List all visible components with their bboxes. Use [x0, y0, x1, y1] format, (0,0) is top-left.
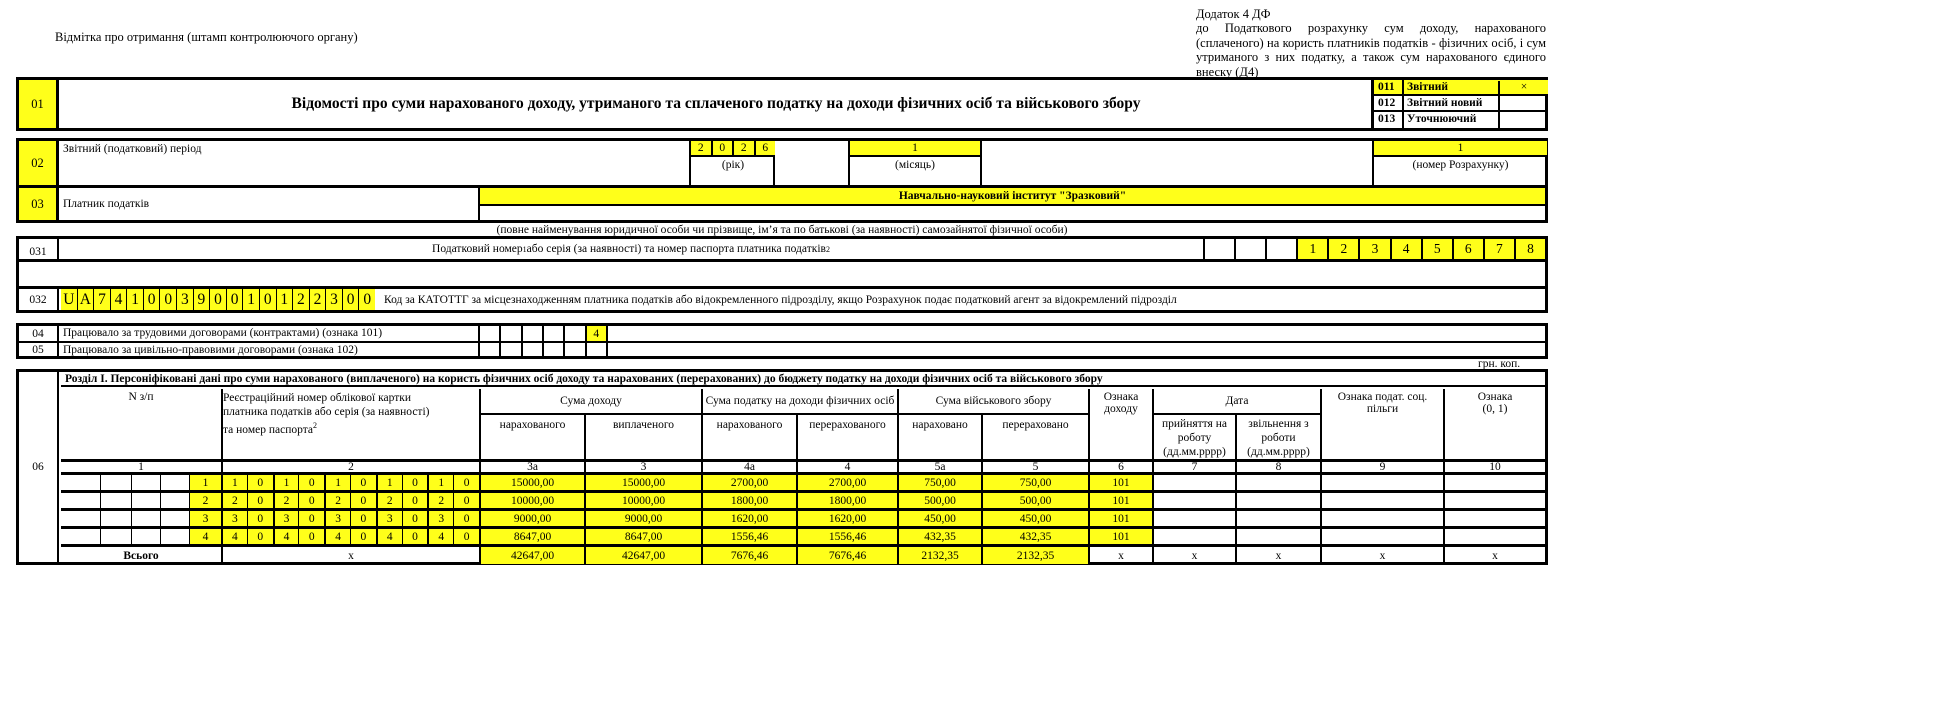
column-number: 8 [1235, 459, 1320, 475]
payer-name[interactable]: Навчально-науковий інститут "Зразковий" [478, 188, 1545, 206]
income-paid-value[interactable]: 15000,00 [584, 475, 701, 493]
num-box[interactable] [131, 493, 160, 511]
sign-01-value[interactable] [1443, 529, 1545, 547]
report-type-mark[interactable]: × [1498, 81, 1548, 96]
divider [1402, 112, 1404, 128]
row05-digit-box[interactable] [542, 343, 563, 356]
row04-digit-box[interactable] [563, 326, 584, 341]
benefit-sign-value[interactable] [1320, 475, 1443, 493]
report-type-mark[interactable] [1498, 112, 1548, 128]
column-number: 6 [1088, 459, 1152, 475]
katottg-digit-box[interactable]: 9 [193, 289, 210, 310]
reg-digit[interactable]: 0 [350, 493, 376, 511]
reg-digit[interactable]: 0 [247, 529, 273, 547]
fire-date-value[interactable] [1235, 475, 1320, 493]
column-number: 7 [1152, 459, 1235, 475]
header-income-paid: виплаченого [584, 415, 701, 459]
total-label: Всього [61, 547, 221, 564]
sign-01-value[interactable] [1443, 511, 1545, 529]
reg-digit[interactable]: 3 [427, 511, 453, 529]
calc-number-block: 1 (номер Розрахунку) [1372, 141, 1545, 185]
num-box[interactable] [160, 529, 189, 547]
tax-digit-box[interactable] [1234, 239, 1265, 259]
katottg-digit-box[interactable]: 1 [276, 289, 293, 310]
row-031-code: 031 [19, 239, 59, 259]
katottg-digit-box[interactable]: 4 [110, 289, 127, 310]
reg-digit[interactable]: 4 [324, 529, 350, 547]
income-accrued-value[interactable]: 9000,00 [479, 511, 584, 529]
reg-digit[interactable]: 3 [376, 511, 402, 529]
tax-digit-box[interactable]: 1 [1296, 239, 1327, 259]
column-number: 2 [221, 459, 479, 475]
fire-date-value[interactable] [1235, 511, 1320, 529]
row-03-code: 03 [19, 188, 59, 220]
row05-digit-box[interactable] [563, 343, 584, 356]
tax-digit-box[interactable]: 8 [1514, 239, 1545, 259]
year-caption: (рік) [691, 157, 775, 173]
blank-row [16, 262, 1548, 286]
reg-digit[interactable]: 1 [427, 475, 453, 493]
reg-digit[interactable]: 2 [273, 493, 299, 511]
reg-digit[interactable]: 0 [298, 529, 324, 547]
reg-digit[interactable]: 4 [376, 529, 402, 547]
year-digits: 2026 [691, 141, 775, 157]
form-title: Відомості про суми нарахованого доходу, … [62, 80, 1370, 128]
tax-digit-box[interactable]: 2 [1327, 239, 1358, 259]
row05-digit-box[interactable] [585, 343, 606, 356]
row04-digit-box[interactable] [542, 326, 563, 341]
report-type-mark[interactable] [1498, 96, 1548, 110]
row-number: 1 [189, 475, 221, 493]
tax-digit-box[interactable]: 7 [1483, 239, 1514, 259]
income-accrued-value[interactable]: 8647,00 [479, 529, 584, 547]
tax-number-label: Податковий номер1 або серія (за наявност… [61, 239, 1201, 259]
total-value: x [1088, 547, 1152, 564]
appendix-title: Додаток 4 ДФ [1196, 7, 1271, 22]
income-sign-value[interactable]: 101 [1088, 493, 1152, 511]
katottg-digit-box[interactable]: 0 [358, 289, 375, 310]
num-box[interactable] [131, 529, 160, 547]
total-value: x [1235, 547, 1320, 564]
military-transferred-value[interactable]: 432,35 [981, 529, 1088, 547]
row-02 [16, 138, 1548, 188]
military-header: Сума військового збору [897, 389, 1088, 415]
year-digit-box[interactable]: 0 [711, 141, 733, 155]
report-type-013[interactable]: 013 Уточнюючий [1374, 112, 1548, 128]
stamp-label: Відмітка про отримання (штамп контролююч… [55, 30, 358, 45]
tax-number-digits: 12345678 [1203, 239, 1545, 259]
pdfo-transferred-value[interactable]: 1620,00 [796, 511, 897, 529]
header-pdfo-accrued: нарахованого [701, 415, 796, 459]
katottg-digit-box[interactable]: 1 [126, 289, 143, 310]
income-accrued-value[interactable]: 15000,00 [479, 475, 584, 493]
column-number: 5 [981, 459, 1088, 475]
num-box[interactable] [100, 529, 131, 547]
tax-digit-box[interactable] [1203, 239, 1234, 259]
header-benefit-sign: Ознака подат. соц. пільги [1320, 389, 1443, 459]
tax-digit-box[interactable]: 5 [1421, 239, 1452, 259]
military-transferred-value[interactable]: 750,00 [981, 475, 1088, 493]
reg-digit[interactable]: 0 [247, 475, 273, 493]
reg-digit[interactable]: 2 [221, 493, 247, 511]
row05-digit-box[interactable] [480, 343, 499, 356]
reg-digit[interactable]: 0 [402, 493, 428, 511]
reg-digit[interactable]: 0 [402, 475, 428, 493]
katottg-digit-box[interactable]: 7 [93, 289, 110, 310]
header-income-accrued: нарахованого [479, 415, 584, 459]
column-number: 10 [1443, 459, 1545, 475]
reg-digit[interactable]: 4 [221, 529, 247, 547]
row05-digit-box[interactable] [521, 343, 542, 356]
reg-digit[interactable]: 2 [376, 493, 402, 511]
income-paid-value[interactable]: 10000,00 [584, 493, 701, 511]
tax-digit-box[interactable]: 6 [1452, 239, 1483, 259]
reg-digit[interactable]: 0 [453, 475, 479, 493]
column-number: 4а [701, 459, 796, 475]
payer-label: Платник податків [63, 198, 149, 210]
row-05-label: Працювало за цивільно-правовими договора… [63, 344, 358, 356]
header-reg-number: Реєстраційний номер облікової карткиплат… [221, 389, 479, 459]
pdfo-accrued-value[interactable]: 1620,00 [701, 511, 796, 529]
hire-date-value[interactable] [1152, 511, 1235, 529]
reg-digit[interactable]: 0 [247, 493, 273, 511]
num-box[interactable] [61, 529, 100, 547]
reg-digit[interactable]: 3 [273, 511, 299, 529]
pdfo-transferred-value[interactable]: 1556,46 [796, 529, 897, 547]
num-box[interactable] [100, 475, 131, 493]
row-06-code: 06 [19, 372, 59, 562]
katottg-digit-box[interactable]: 0 [226, 289, 243, 310]
header-income-sign: Ознака доходу [1088, 389, 1152, 459]
calc-number-value[interactable]: 1 [1374, 141, 1547, 157]
katottg-digit-box[interactable]: 3 [176, 289, 193, 310]
total-value: 2132,35 [897, 547, 981, 564]
divider [1402, 80, 1404, 96]
reg-digit[interactable]: 1 [376, 475, 402, 493]
divider [478, 206, 480, 220]
header-num: N з/п [61, 389, 221, 459]
reg-digit[interactable]: 1 [221, 475, 247, 493]
row-number: 4 [189, 529, 221, 547]
military-accrued-value[interactable]: 432,35 [897, 529, 981, 547]
header-line: та номер паспорта2 [223, 419, 317, 437]
month-block: 1 (місяць) [848, 141, 982, 185]
section-1-table: N з/пРеєстраційний номер облікової картк… [61, 389, 1545, 562]
reg-digit[interactable]: 0 [298, 511, 324, 529]
num-box[interactable] [131, 511, 160, 529]
row-number: 3 [189, 511, 221, 529]
header-pdfo-transferred: перерахованого [796, 415, 897, 459]
benefit-sign-value[interactable] [1320, 511, 1443, 529]
row04-digit-box[interactable] [480, 326, 499, 341]
katottg-digit-box[interactable]: 1 [242, 289, 259, 310]
katottg-code[interactable]: UA74100390010122300 [61, 289, 375, 310]
year-digit-box[interactable]: 2 [732, 141, 754, 155]
num-box[interactable] [160, 511, 189, 529]
total-value: 7676,46 [796, 547, 897, 564]
header-line: Реєстраційний номер облікової картки [223, 391, 411, 405]
benefit-sign-value[interactable] [1320, 529, 1443, 547]
num-box[interactable] [160, 475, 189, 493]
katottg-digit-box[interactable]: 3 [325, 289, 342, 310]
column-number: 1 [61, 459, 221, 475]
pdfo-transferred-value[interactable]: 1800,00 [796, 493, 897, 511]
reg-digit[interactable]: 0 [453, 511, 479, 529]
total-value: 42647,00 [479, 547, 584, 564]
num-box[interactable] [61, 475, 100, 493]
row04-digit-box[interactable] [521, 326, 542, 341]
military-accrued-value[interactable]: 450,00 [897, 511, 981, 529]
report-type-011[interactable]: 011 Звітний × [1374, 80, 1548, 96]
income-sign-value[interactable]: 101 [1088, 511, 1152, 529]
reg-digit[interactable]: 0 [453, 529, 479, 547]
reg-digit[interactable]: 4 [427, 529, 453, 547]
total-value: x [1152, 547, 1235, 564]
divider [19, 341, 1545, 343]
pdfo-accrued-value[interactable]: 1800,00 [701, 493, 796, 511]
payer-caption: (повне найменування юридичної особи чи п… [16, 223, 1548, 237]
row-02-code: 02 [19, 141, 59, 185]
column-number: 9 [1320, 459, 1443, 475]
header-line: платника податків або серія (за наявност… [223, 405, 429, 419]
num-box[interactable] [100, 493, 131, 511]
katottg-digit-box[interactable]: U [61, 289, 77, 310]
pdfo-accrued-value[interactable]: 1556,46 [701, 529, 796, 547]
reg-digit[interactable]: 2 [324, 493, 350, 511]
katottg-digit-box[interactable]: 0 [259, 289, 276, 310]
katottg-digit-box[interactable]: A [77, 289, 94, 310]
num-box[interactable] [131, 475, 160, 493]
reg-digit[interactable]: 0 [298, 475, 324, 493]
katottg-digit-box[interactable]: 0 [209, 289, 226, 310]
reg-digit[interactable]: 0 [350, 511, 376, 529]
header-date-fire: звільнення з роботи (дд.мм.рррр) [1235, 415, 1320, 459]
reg-digit[interactable]: 3 [221, 511, 247, 529]
pdfo-accrued-value[interactable]: 2700,00 [701, 475, 796, 493]
row-032-code: 032 [19, 289, 59, 310]
num-box[interactable] [61, 493, 100, 511]
row04-digit-box[interactable] [499, 326, 520, 341]
report-type-label: Звітний новий [1407, 97, 1482, 109]
benefit-sign-value[interactable] [1320, 493, 1443, 511]
calc-number-caption: (номер Розрахунку) [1374, 157, 1547, 173]
footnote-ref: 2 [313, 421, 317, 430]
reg-digit[interactable]: 1 [324, 475, 350, 493]
military-accrued-value[interactable]: 750,00 [897, 475, 981, 493]
header-military-transferred: перераховано [981, 415, 1088, 459]
header-military-accrued: нараховано [897, 415, 981, 459]
label-part: або серія (за наявності) та номер паспор… [527, 243, 826, 255]
column-number: 4 [796, 459, 897, 475]
row-04-label: Працювало за трудовими договорами (контр… [63, 327, 382, 339]
divider [1402, 96, 1404, 110]
period-label: Звітний (податковий) період [63, 143, 202, 155]
row-number: 2 [189, 493, 221, 511]
year-digit-box[interactable]: 2 [691, 141, 711, 155]
reg-digit[interactable]: 0 [298, 493, 324, 511]
tax-digit-box[interactable] [1265, 239, 1296, 259]
report-type-label: Звітний [1407, 81, 1448, 93]
hire-date-value[interactable] [1152, 529, 1235, 547]
num-box[interactable] [61, 511, 100, 529]
section-1-title: Розділ І. Персоніфіковані дані про суми … [61, 372, 1545, 387]
column-number: 5а [897, 459, 981, 475]
num-box[interactable] [160, 493, 189, 511]
katottg-digit-box[interactable]: 0 [159, 289, 176, 310]
reg-digit[interactable]: 2 [427, 493, 453, 511]
report-type-012[interactable]: 012 Звітний новий [1374, 96, 1548, 112]
tax-digit-box[interactable]: 4 [1390, 239, 1421, 259]
row-01-code: 01 [19, 80, 59, 128]
label-part: Податковий номер [432, 243, 523, 255]
hire-date-value[interactable] [1152, 493, 1235, 511]
year-digit-box[interactable]: 6 [754, 141, 776, 155]
income-sign-value[interactable]: 101 [1088, 529, 1152, 547]
reg-digit[interactable]: 0 [402, 529, 428, 547]
katottg-label: Код за КАТОТТГ за місцезнаходженням плат… [380, 289, 1177, 310]
reg-digit[interactable]: 0 [402, 511, 428, 529]
total-reg: x [221, 547, 479, 564]
katottg-digit-box[interactable]: 0 [342, 289, 359, 310]
year-block: 2026 (рік) [689, 141, 775, 185]
reg-digit[interactable]: 0 [247, 511, 273, 529]
row05-digit-box[interactable] [499, 343, 520, 356]
income-sign-value[interactable]: 101 [1088, 475, 1152, 493]
header-date: Дата [1152, 389, 1320, 415]
row-04-digits[interactable]: 4 [478, 326, 608, 341]
row04-digit-box[interactable]: 4 [585, 326, 606, 341]
appendix-text: до Податкового розрахунку сум доходу, на… [1196, 21, 1546, 79]
total-value: 42647,00 [584, 547, 701, 564]
header-sign-01: Ознака (0, 1) [1443, 389, 1545, 459]
report-type-code: 013 [1378, 113, 1395, 125]
report-type-code: 011 [1378, 81, 1395, 93]
military-accrued-value[interactable]: 500,00 [897, 493, 981, 511]
reg-digit[interactable]: 0 [453, 493, 479, 511]
katottg-digit-box[interactable]: 2 [292, 289, 309, 310]
total-value: x [1443, 547, 1545, 564]
report-type-code: 012 [1378, 97, 1395, 109]
pdfo-transferred-value[interactable]: 2700,00 [796, 475, 897, 493]
reg-digit[interactable]: 0 [350, 475, 376, 493]
income-header: Сума доходу [479, 389, 701, 415]
row-05-digits[interactable] [478, 343, 608, 356]
military-transferred-value[interactable]: 450,00 [981, 511, 1088, 529]
income-accrued-value[interactable]: 10000,00 [479, 493, 584, 511]
report-type-block: 011 Звітний × 012 Звітний новий 013 Уточ… [1371, 80, 1545, 128]
reg-digit[interactable]: 3 [324, 511, 350, 529]
sign-01-value[interactable] [1443, 493, 1545, 511]
katottg-digit-box[interactable]: 0 [143, 289, 160, 310]
katottg-digit-box[interactable]: 2 [309, 289, 326, 310]
reg-digit[interactable]: 4 [273, 529, 299, 547]
reg-digit[interactable]: 1 [273, 475, 299, 493]
footnote-ref: 2 [826, 245, 830, 254]
pdfo-header: Сума податку на доходи фізичних осіб [701, 389, 897, 415]
income-paid-value[interactable]: 8647,00 [584, 529, 701, 547]
total-value: 2132,35 [981, 547, 1088, 564]
row-04-code: 04 [19, 326, 59, 341]
header-date-hire: прийняття на роботу (дд.мм.рррр) [1152, 415, 1235, 459]
sign-01-value[interactable] [1443, 475, 1545, 493]
report-type-label: Уточнюючий [1407, 113, 1476, 125]
month-caption: (місяць) [850, 157, 980, 173]
column-number: 3 [584, 459, 701, 475]
reg-digit[interactable]: 0 [350, 529, 376, 547]
total-value: x [1320, 547, 1443, 564]
military-transferred-value[interactable]: 500,00 [981, 493, 1088, 511]
tax-digit-box[interactable]: 3 [1358, 239, 1389, 259]
income-paid-value[interactable]: 9000,00 [584, 511, 701, 529]
month-value[interactable]: 1 [850, 141, 980, 157]
num-box[interactable] [100, 511, 131, 529]
column-number: 3а [479, 459, 584, 475]
fire-date-value[interactable] [1235, 493, 1320, 511]
hire-date-value[interactable] [1152, 475, 1235, 493]
row-05-code: 05 [19, 343, 59, 356]
fire-date-value[interactable] [1235, 529, 1320, 547]
total-value: 7676,46 [701, 547, 796, 564]
